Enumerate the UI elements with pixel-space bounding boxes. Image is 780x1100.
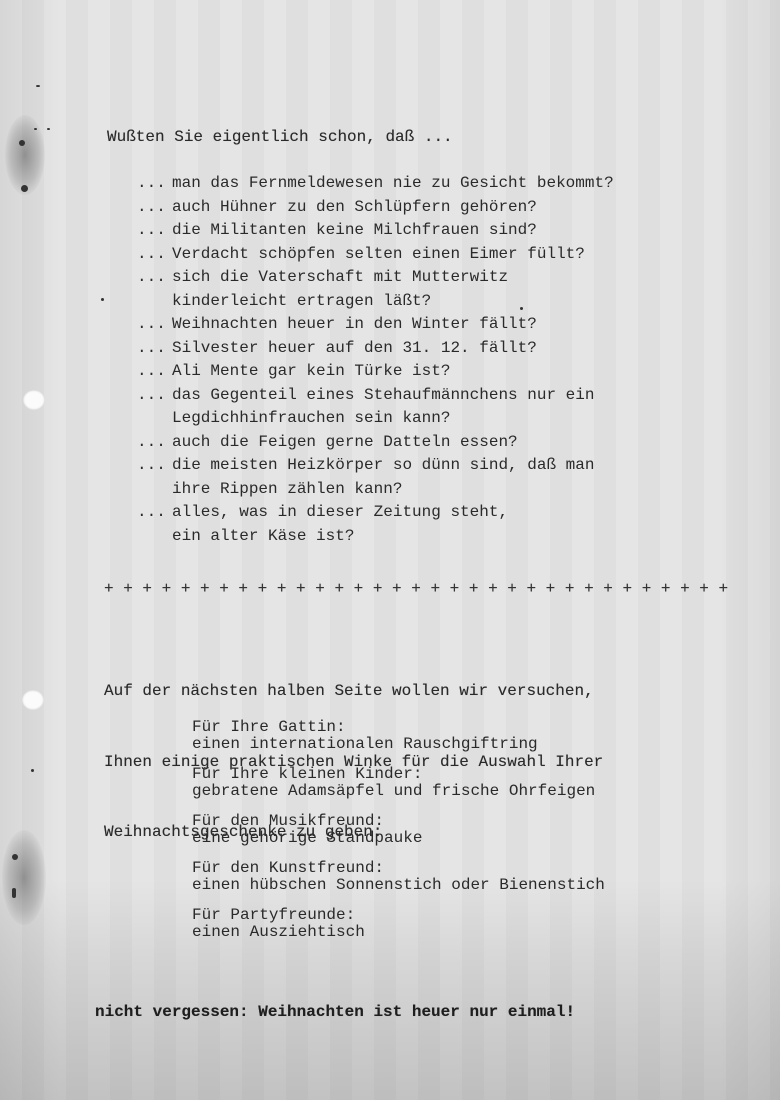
speck (21, 185, 28, 192)
facts-list: ...man das Fernmeldewesen nie zu Gesicht… (137, 172, 614, 548)
fact-prefix: ... (137, 501, 172, 525)
fact-item: ...Silvester heuer auf den 31. 12. fällt… (137, 337, 614, 361)
fact-prefix: ... (137, 337, 172, 361)
fact-text: man das Fernmeldewesen nie zu Gesicht be… (172, 172, 614, 196)
speck (19, 140, 25, 146)
speck (34, 128, 37, 130)
gift-item: Für den Musikfreund: eine gehörige Stand… (192, 813, 605, 860)
fact-text: die Militanten keine Milchfrauen sind? (172, 219, 537, 243)
gift-recipient: Für Ihre Gattin: (192, 719, 605, 736)
fact-item: ...alles, was in dieser Zeitung steht, (137, 501, 614, 525)
fact-text: Silvester heuer auf den 31. 12. fällt? (172, 337, 537, 361)
fact-item-continuation: Legdichhinfrauchen sein kann? (137, 407, 614, 431)
fact-prefix: ... (137, 313, 172, 337)
fact-item: ...die meisten Heizkörper so dünn sind, … (137, 454, 614, 478)
gift-item: Für Ihre kleinen Kinder: gebratene Adams… (192, 766, 605, 813)
speck (47, 128, 50, 130)
gift-item: Für Partyfreunde: einen Ausziehtisch (192, 907, 605, 954)
fact-item: ...man das Fernmeldewesen nie zu Gesicht… (137, 172, 614, 196)
page-heading: Wußten Sie eigentlich schon, daß ... (107, 126, 453, 150)
fact-text: ein alter Käse ist? (172, 525, 354, 549)
fact-item: ...auch die Feigen gerne Datteln essen? (137, 431, 614, 455)
gift-recipient: Für Ihre kleinen Kinder: (192, 766, 605, 783)
stain-lower-left (2, 830, 46, 925)
gift-idea: einen hübschen Sonnenstich oder Bienenst… (192, 877, 605, 894)
fact-prefix (137, 478, 172, 502)
fact-text: Ali Mente gar kein Türke ist? (172, 360, 450, 384)
fact-item: ...auch Hühner zu den Schlüpfern gehören… (137, 196, 614, 220)
fact-prefix: ... (137, 243, 172, 267)
stain-upper-left (5, 115, 45, 195)
fact-item: ...Ali Mente gar kein Türke ist? (137, 360, 614, 384)
fact-item: ...Weihnachten heuer in den Winter fällt… (137, 313, 614, 337)
fact-prefix: ... (137, 454, 172, 478)
gift-item: Für Ihre Gattin: einen internationalen R… (192, 719, 605, 766)
gift-idea: gebratene Adamsäpfel und frische Ohrfeig… (192, 783, 605, 800)
fact-item: ...die Militanten keine Milchfrauen sind… (137, 219, 614, 243)
fact-prefix: ... (137, 431, 172, 455)
fact-text: sich die Vaterschaft mit Mutterwitz (172, 266, 508, 290)
gift-idea: eine gehörige Standpauke (192, 830, 605, 847)
fact-item-continuation: ein alter Käse ist? (137, 525, 614, 549)
gift-recipient: Für den Musikfreund: (192, 813, 605, 830)
gift-idea: einen Ausziehtisch (192, 924, 605, 941)
closing-line: nicht vergessen: Weihnachten ist heuer n… (95, 1001, 575, 1025)
fact-text: die meisten Heizkörper so dünn sind, daß… (172, 454, 594, 478)
gift-recipient: Für den Kunstfreund: (192, 860, 605, 877)
fact-prefix: ... (137, 172, 172, 196)
fact-text: das Gegenteil eines Stehaufmännchens nur… (172, 384, 594, 408)
gift-suggestions: Für Ihre Gattin: einen internationalen R… (192, 719, 605, 954)
fact-text: auch die Feigen gerne Datteln essen? (172, 431, 518, 455)
fact-prefix (137, 407, 172, 431)
separator-line: + + + + + + + + + + + + + + + + + + + + … (104, 578, 728, 602)
fact-item-continuation: ihre Rippen zählen kann? (137, 478, 614, 502)
fact-text: Verdacht schöpfen selten einen Eimer fül… (172, 243, 585, 267)
fact-prefix: ... (137, 266, 172, 290)
fact-prefix: ... (137, 196, 172, 220)
typewritten-page: Wußten Sie eigentlich schon, daß ... ...… (0, 0, 780, 1100)
fact-text: auch Hühner zu den Schlüpfern gehören? (172, 196, 537, 220)
fact-prefix: ... (137, 384, 172, 408)
speck (31, 769, 34, 772)
fact-prefix: ... (137, 219, 172, 243)
speck (101, 298, 104, 301)
fact-item: ...sich die Vaterschaft mit Mutterwitz (137, 266, 614, 290)
gift-item: Für den Kunstfreund: einen hübschen Sonn… (192, 860, 605, 907)
punch-hole-bottom (22, 690, 44, 710)
fact-text: Weihnachten heuer in den Winter fällt? (172, 313, 537, 337)
fact-text: ihre Rippen zählen kann? (172, 478, 402, 502)
fact-prefix (137, 525, 172, 549)
fact-text: kinderleicht ertragen läßt? (172, 290, 431, 314)
fact-item: ...das Gegenteil eines Stehaufmännchens … (137, 384, 614, 408)
fact-prefix: ... (137, 360, 172, 384)
fact-item: ...Verdacht schöpfen selten einen Eimer … (137, 243, 614, 267)
gift-idea: einen internationalen Rauschgiftring (192, 736, 605, 753)
speck (12, 854, 18, 860)
intro-line: Auf der nächsten halben Seite wollen wir… (104, 680, 603, 704)
fact-text: Legdichhinfrauchen sein kann? (172, 407, 450, 431)
punch-hole-top (23, 390, 45, 410)
speck (12, 888, 16, 898)
gift-recipient: Für Partyfreunde: (192, 907, 605, 924)
fact-prefix (137, 290, 172, 314)
fact-item-continuation: kinderleicht ertragen läßt? (137, 290, 614, 314)
speck (36, 85, 40, 87)
fact-text: alles, was in dieser Zeitung steht, (172, 501, 508, 525)
